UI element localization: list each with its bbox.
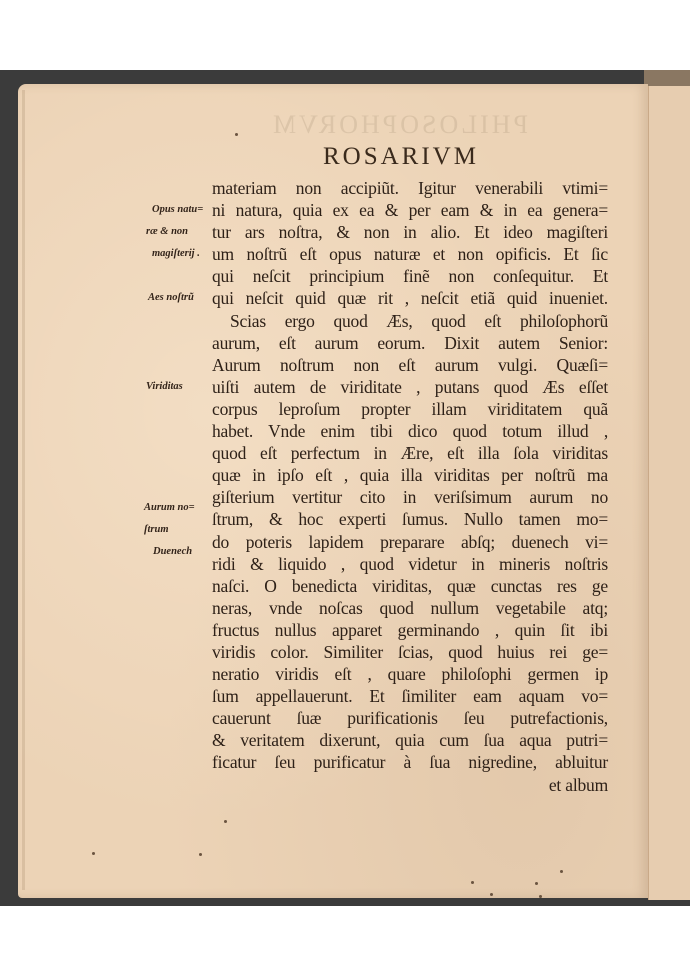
- foxing-speck: [92, 852, 95, 855]
- text-line: ridi & liquido , quod videtur in mineris…: [212, 553, 608, 575]
- text-line: Aurum noſtrum non eſt aurum vulgi. Quæſi…: [212, 354, 608, 376]
- foxing-speck: [224, 820, 227, 823]
- foxing-speck: [535, 882, 538, 885]
- text-line: ſum appellauerunt. Et ſimiliter eam aqua…: [212, 685, 608, 707]
- text-line: quod eſt perfectum in Ære, eſt illa ſola…: [212, 442, 608, 464]
- text-line: qui neſcit principium finẽ non conſequit…: [212, 265, 608, 287]
- text-line: qui neſcit quid quæ rit , neſcit etiã qu…: [212, 287, 608, 309]
- marginal-gloss: magiſterij .: [152, 243, 200, 265]
- facing-page-edge: [648, 86, 690, 900]
- marginal-gloss: ſtrum: [144, 519, 169, 541]
- catchword: et album: [212, 774, 608, 796]
- text-line: quæ in ipſo eſt , quia illa viriditas pe…: [212, 464, 608, 486]
- marginal-gloss: Aurum no=: [144, 497, 195, 519]
- marginal-gloss: Duenech: [153, 541, 192, 563]
- foxing-speck: [199, 853, 202, 856]
- text-line: materiam non accipiũt. Igitur venerabili…: [212, 177, 608, 199]
- text-line: viridis color. Similiter ſcias, quod hui…: [212, 641, 608, 663]
- text-line: uiſti autem de viriditate , putans quod …: [212, 376, 608, 398]
- text-line: neratio viridis eſt , quare philoſophi g…: [212, 663, 608, 685]
- text-line: giſterium vertitur cito in veriſsimum au…: [212, 486, 608, 508]
- marginal-gloss: Aes noſtrũ: [148, 287, 194, 309]
- text-line: naſci. O benedicta viriditas, quæ cuncta…: [212, 575, 608, 597]
- text-line: tur ars noſtra, & non in alio. Et ideo m…: [212, 221, 608, 243]
- text-line: um noſtrũ eſt opus naturæ et non opifici…: [212, 243, 608, 265]
- foxing-speck: [490, 893, 493, 896]
- text-line: ni natura, quia ex ea & per eam & in ea …: [212, 199, 608, 221]
- text-line: fructus nullus apparet germinando , quin…: [212, 619, 608, 641]
- foxing-speck: [539, 895, 542, 898]
- text-line: & veritatem dixerunt, quia cum ſua aqua …: [212, 729, 608, 751]
- marginal-gloss: Viriditas: [146, 376, 183, 398]
- text-line: cauerunt ſuæ purificationis ſeu putrefac…: [212, 707, 608, 729]
- foxing-speck: [471, 881, 474, 884]
- marginal-gloss: Opus natu=: [152, 199, 203, 221]
- text-line: ficatur ſeu purificatur à ſua nigredine,…: [212, 751, 608, 773]
- text-line: Scias ergo quod Æs, quod eſt philoſophor…: [212, 310, 608, 332]
- foxing-speck: [235, 133, 238, 136]
- running-head: ROSARIVM: [323, 143, 479, 171]
- text-line: do poteris lapidem preparare abſq; duene…: [212, 531, 608, 553]
- text-line: habet. Vnde enim tibi dico quod totum il…: [212, 420, 608, 442]
- page-stack-edge: [22, 90, 25, 890]
- text-line: ſtrum, & hoc experti ſumus. Nullo tamen …: [212, 508, 608, 530]
- show-through-heading: PHILOSOPHORVM: [270, 110, 528, 140]
- book-spine-edge: [644, 70, 690, 86]
- text-line: corpus leproſum propter illam viriditate…: [212, 398, 608, 420]
- main-text-block: materiam non accipiũt. Igitur venerabili…: [212, 177, 608, 796]
- marginal-gloss: ræ & non: [146, 221, 188, 243]
- text-line: neras, vnde noſcas quod nullum vegetabil…: [212, 597, 608, 619]
- foxing-speck: [560, 870, 563, 873]
- text-line: aurum, eſt aurum eorum. Dixit autem Seni…: [212, 332, 608, 354]
